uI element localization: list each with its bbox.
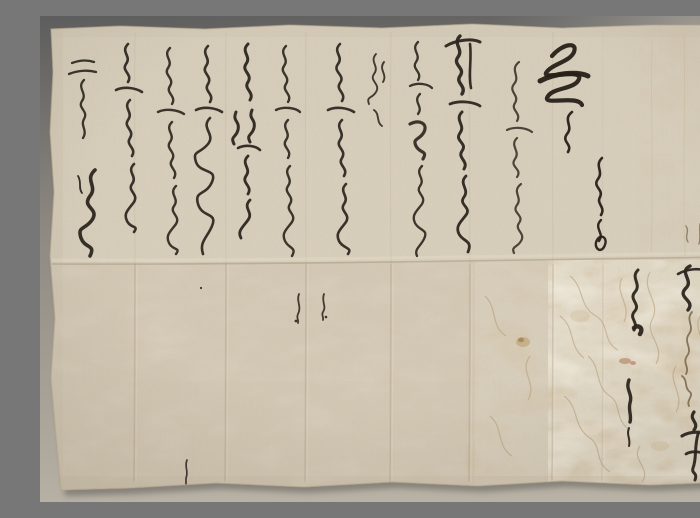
manuscript-scene: [40, 16, 700, 502]
ink-dot: [200, 287, 202, 289]
small-ink-marks-stroke: [186, 460, 187, 485]
ink-dot: [295, 320, 298, 323]
manuscript-photograph: [40, 16, 700, 502]
column-3-bold-stroke: [470, 44, 471, 88]
ink-dot: [325, 316, 328, 319]
paper-sheet: [45, 20, 700, 498]
